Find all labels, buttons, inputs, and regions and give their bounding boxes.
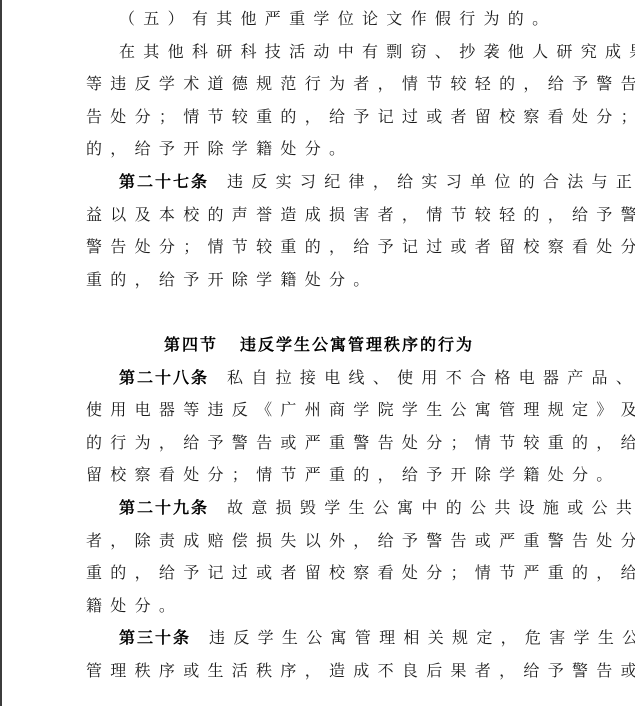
article-27-line: 重的，给予开除学籍处分。	[86, 264, 552, 297]
page-left-border	[0, 0, 2, 706]
section-4-title: 违反学生公寓管理秩序的行为	[240, 335, 474, 354]
article-30-title: 第三十条	[119, 628, 191, 647]
paragraph-line: 告处分；情节较重的，给予记过或者留校察看处分；情节严重	[86, 101, 552, 134]
section-4-heading: 第四节违反学生公寓管理秩序的行为	[86, 329, 552, 362]
article-28-first-line: 第二十八条私自拉接电线、使用不合格电器产品、违章	[86, 362, 552, 395]
paragraph-line: 的，给予开除学籍处分。	[86, 133, 552, 166]
article-28-title: 第二十八条	[119, 368, 209, 387]
article-27-line: 警告处分；情节较重的，给予记过或者留校察看处分；情节严	[86, 231, 552, 264]
article-27-text: 违反实习纪律，给实习单位的合法与正当权	[227, 172, 635, 191]
article-29-line: 重的，给予记过或者留校察看处分；情节严重的，给予开除学	[86, 557, 552, 590]
paragraph-line: 在其他科研科技活动中有剽窃、抄袭他人研究成果或造假	[86, 36, 552, 69]
article-29-title: 第二十九条	[119, 498, 209, 517]
article-29-line: 籍处分。	[86, 590, 552, 623]
article-28-line: 的行为，给予警告或严重警告处分；情节较重的，给予记过或	[86, 427, 552, 460]
section-4-number: 第四节	[164, 335, 218, 354]
article-29-line: 者，除责成赔偿损失以外，给予警告或严重警告处分；情节较	[86, 525, 552, 558]
article-30-text: 违反学生公寓管理相关规定，危害学生公寓的	[209, 628, 635, 647]
document-page: （五）有其他严重学位论文作假行为的。 在其他科研科技活动中有剽窃、抄袭他人研究成…	[86, 3, 552, 687]
item-5-line: （五）有其他严重学位论文作假行为的。	[86, 3, 552, 36]
article-27-line: 益以及本校的声誉造成损害者，情节较轻的，给予警告或严重	[86, 199, 552, 232]
article-29-first-line: 第二十九条故意损毁学生公寓中的公共设施或公共财物	[86, 492, 552, 525]
article-27-title: 第二十七条	[119, 172, 209, 191]
article-28-line: 留校察看处分；情节严重的，给予开除学籍处分。	[86, 459, 552, 492]
article-27-first-line: 第二十七条违反实习纪律，给实习单位的合法与正当权	[86, 166, 552, 199]
article-30-first-line: 第三十条违反学生公寓管理相关规定，危害学生公寓的	[86, 622, 552, 655]
article-28-line: 使用电器等违反《广州商学院学生公寓管理规定》及相关制度	[86, 394, 552, 427]
article-29-text: 故意损毁学生公寓中的公共设施或公共财物	[227, 498, 635, 517]
article-30-line: 管理秩序或生活秩序，造成不良后果者，给予警告或严重警告	[86, 655, 552, 688]
paragraph-line: 等违反学术道德规范行为者，情节较轻的，给予警告或严重警	[86, 68, 552, 101]
article-28-text: 私自拉接电线、使用不合格电器产品、违章	[227, 368, 635, 387]
